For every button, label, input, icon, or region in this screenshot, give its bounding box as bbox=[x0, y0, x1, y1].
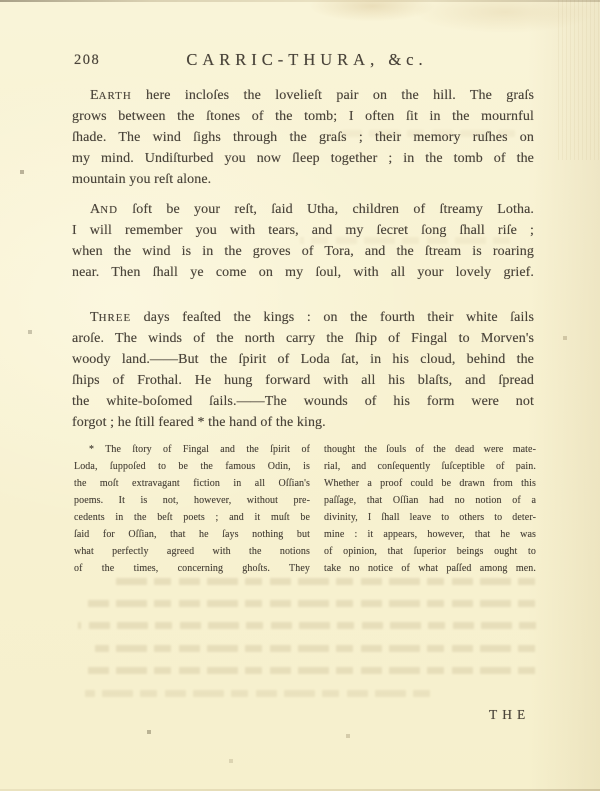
text-line: what perfectly agreed with the notions bbox=[74, 543, 310, 560]
show-through-line bbox=[80, 600, 535, 607]
running-title: CARRIC-THURA, &c. bbox=[72, 50, 542, 70]
show-through-line bbox=[78, 622, 536, 629]
text-line: I will remember you with tears, and my ſ… bbox=[72, 220, 534, 241]
text-line: when the wind is in the groves of Tora, … bbox=[72, 241, 534, 262]
catchword: THE bbox=[489, 707, 530, 723]
text-line: rial, and conſequently ſuſceptible of pa… bbox=[324, 458, 536, 475]
paragraph-1: EARTH here incloſes the lovelieſt pair o… bbox=[72, 85, 534, 190]
text-line: the moſt extravagant fiction in all Oſſi… bbox=[74, 475, 310, 492]
text-line: THREE days feaſted the kings : on the fo… bbox=[72, 307, 534, 328]
show-through-line bbox=[80, 667, 535, 674]
text-line: ſhips of Frothal. He hung forward with a… bbox=[72, 370, 534, 391]
text-line: take no notice of what paſſed among men. bbox=[324, 560, 536, 577]
text-line: mountain you reſt alone. bbox=[72, 169, 534, 190]
text-line: ſhade. The wind ſighs through the graſs … bbox=[72, 127, 534, 148]
paragraph-2: AND ſoft be your reſt, ſaid Utha, childr… bbox=[72, 199, 534, 283]
text-line: my mind. Undiſturbed you now ſleep toget… bbox=[72, 148, 534, 169]
text-line: divinity, I ſhall leave to others to det… bbox=[324, 509, 536, 526]
text-line: paſſage, that Oſſian had no notion of a bbox=[324, 492, 536, 509]
text-line: ſaid for Oſſian, that he ſays nothing bu… bbox=[74, 526, 310, 543]
text-line: forgot ; he ſtill feared * the hand of t… bbox=[72, 412, 534, 433]
text-line: near. Then ſhall ye come on my ſoul, wit… bbox=[72, 262, 534, 283]
text-line: mine : it appears, however, that he was bbox=[324, 526, 536, 543]
text-line: woody land.——But the ſpirit of Loda ſat,… bbox=[72, 349, 534, 370]
show-through-line bbox=[115, 578, 535, 585]
paper-specks bbox=[0, 0, 2, 2]
text-line: poems. It is not, however, without pre- bbox=[74, 492, 310, 509]
footnote-left-column: * The ſtory of Fingal and the ſpirit ofL… bbox=[74, 441, 310, 577]
text-line: AND ſoft be your reſt, ſaid Utha, childr… bbox=[72, 199, 534, 220]
text-line: the white-boſomed ſails.——The wounds of … bbox=[72, 391, 534, 412]
text-line: of the times, concerning ghoſts. They bbox=[74, 560, 310, 577]
show-through-line bbox=[95, 645, 535, 652]
scan-top-edge bbox=[0, 0, 600, 2]
text-line: grows between the ſtones of the tomb; I … bbox=[72, 106, 534, 127]
text-line: cedents in the beſt poets ; and it muſt … bbox=[74, 509, 310, 526]
text-line: of opinion, that ſuperior beings ought t… bbox=[324, 543, 536, 560]
text-line: EARTH here incloſes the lovelieſt pair o… bbox=[72, 85, 534, 106]
text-line: * The ſtory of Fingal and the ſpirit of bbox=[74, 441, 310, 458]
paragraph-3: THREE days feaſted the kings : on the fo… bbox=[72, 307, 534, 433]
show-through-line bbox=[85, 690, 430, 697]
text-line: Loda, ſuppoſed to be the famous Odin, is bbox=[74, 458, 310, 475]
page-edge-striations bbox=[558, 0, 600, 160]
text-line: Whether a proof could be drawn from this bbox=[324, 475, 536, 492]
text-line: thought the ſouls of the dead were mate- bbox=[324, 441, 536, 458]
text-line: aroſe. The winds of the north carry the … bbox=[72, 328, 534, 349]
footnote-right-column: thought the ſouls of the dead were mate-… bbox=[324, 441, 536, 577]
